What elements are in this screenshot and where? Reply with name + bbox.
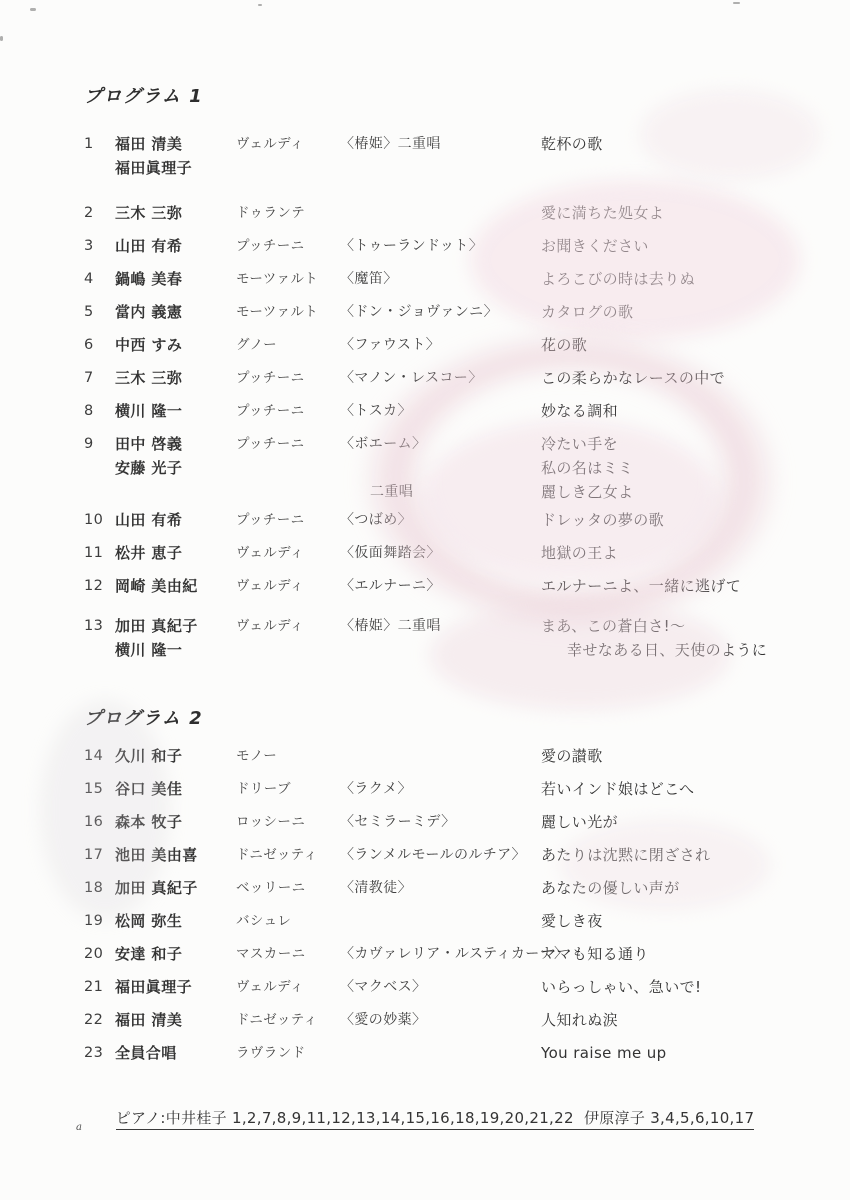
performer-names: 安達 和子 bbox=[115, 942, 236, 966]
performer-name: 安達 和子 bbox=[115, 942, 236, 966]
program-entry-5: 5 當内 義憲 モーツァルト 〈ドン・ジョヴァンニ〉 カタログの歌 bbox=[84, 300, 830, 324]
program-entry-20: 20 安達 和子 マスカーニ 〈カヴァレリア・ルスティカーナ〉 ママも知る通り bbox=[84, 942, 830, 966]
opera-title: 〈エルナーニ〉 bbox=[340, 574, 541, 598]
program-entry-14: 14 久川 和子 モノー 愛の讃歌 bbox=[84, 744, 830, 768]
performer-names: 岡崎 美由紀 bbox=[115, 574, 236, 598]
opera-title: 〈カヴァレリア・ルスティカーナ〉 bbox=[340, 942, 541, 966]
song-title: 冷たい手を bbox=[541, 432, 830, 456]
performer-names: 松岡 弥生 bbox=[115, 909, 236, 933]
composer-name: ドニゼッティ bbox=[236, 1008, 340, 1032]
song-title: カタログの歌 bbox=[541, 300, 830, 324]
opera-title: 〈ランメルモールのルチア〉 bbox=[340, 843, 541, 867]
song-titles: ドレッタの夢の歌 bbox=[541, 508, 830, 532]
program-entry-12: 12 岡崎 美由紀 ヴェルディ 〈エルナーニ〉 エルナーニよ、一緒に逃げて bbox=[84, 574, 830, 598]
opera-title bbox=[340, 201, 541, 225]
song-titles: 愛に満ちた処女よ bbox=[541, 201, 830, 225]
performer-names: 三木 三弥 bbox=[115, 201, 236, 225]
song-titles: 麗しい光が bbox=[541, 810, 830, 834]
performer-names: 田中 啓義 安藤 光子 bbox=[115, 432, 236, 504]
entry-number: 5 bbox=[84, 300, 115, 324]
performer-names: 森本 牧子 bbox=[115, 810, 236, 834]
song-titles: 愛の讃歌 bbox=[541, 744, 830, 768]
song-titles: よろこびの時は去りぬ bbox=[541, 267, 830, 291]
program-entry-21: 21 福田眞理子 ヴェルディ 〈マクベス〉 いらっしゃい、急いで! bbox=[84, 975, 830, 999]
performer-name: 中西 すみ bbox=[115, 333, 236, 357]
composer-name: ヴェルディ bbox=[236, 574, 340, 598]
song-title: あなたの優しい声が bbox=[541, 876, 830, 900]
performer-names: 松井 恵子 bbox=[115, 541, 236, 565]
program-entry-13: 13 加田 真紀子 横川 隆一 ヴェルディ 〈椿姫〉二重唱 まあ、この蒼白さ!〜… bbox=[84, 614, 830, 662]
song-title: 私の名はミミ bbox=[541, 456, 830, 480]
entry-number: 1 bbox=[84, 132, 115, 180]
performer-names: 横川 隆一 bbox=[115, 399, 236, 423]
composer-name: プッチーニ bbox=[236, 234, 340, 258]
entry-number: 2 bbox=[84, 201, 115, 225]
performer-names: 中西 すみ bbox=[115, 333, 236, 357]
song-title: You raise me up bbox=[541, 1041, 830, 1065]
performer-name: 加田 真紀子 bbox=[115, 614, 236, 638]
song-title: 愛しき夜 bbox=[541, 909, 830, 933]
program-entry-1: 1 福田 清美 福田眞理子 ヴェルディ 〈椿姫〉二重唱 乾杯の歌 bbox=[84, 132, 830, 180]
opera-title: 〈セミラーミデ〉 bbox=[340, 810, 541, 834]
opera-title: 〈マノン・レスコー〉 bbox=[340, 366, 541, 390]
song-title: あたりは沈黙に閉ざされ bbox=[541, 843, 830, 867]
program1-title: プログラム 1 bbox=[0, 0, 850, 108]
program-entry-16: 16 森本 牧子 ロッシーニ 〈セミラーミデ〉 麗しい光が bbox=[84, 810, 830, 834]
performer-names: 三木 三弥 bbox=[115, 366, 236, 390]
program-entry-9: 9 田中 啓義 安藤 光子 プッチーニ 〈ボエーム〉 二重唱 冷たい手を 私の名… bbox=[84, 432, 830, 504]
song-titles: 冷たい手を 私の名はミミ 麗しき乙女よ bbox=[541, 432, 830, 504]
performer-name: 横川 隆一 bbox=[115, 399, 236, 423]
song-title: 愛に満ちた処女よ bbox=[541, 201, 830, 225]
performer-name: 加田 真紀子 bbox=[115, 876, 236, 900]
song-title: よろこびの時は去りぬ bbox=[541, 267, 830, 291]
composer-name: モーツァルト bbox=[236, 267, 340, 291]
performer-names: 加田 真紀子 横川 隆一 bbox=[115, 614, 236, 662]
performer-name: 鍋嶋 美春 bbox=[115, 267, 236, 291]
opera-title-text: 〈ボエーム〉 bbox=[340, 432, 541, 456]
performer-name: 山田 有希 bbox=[115, 234, 236, 258]
song-titles: まあ、この蒼白さ!〜 幸せなある日、天使のように bbox=[541, 614, 830, 662]
composer-name: ロッシーニ bbox=[236, 810, 340, 834]
song-title: ドレッタの夢の歌 bbox=[541, 508, 830, 532]
performer-name: 松岡 弥生 bbox=[115, 909, 236, 933]
program-entry-6: 6 中西 すみ グノー 〈ファウスト〉 花の歌 bbox=[84, 333, 830, 357]
composer-name: ヴェルディ bbox=[236, 975, 340, 999]
opera-title bbox=[340, 909, 541, 933]
song-title: 地獄の王よ bbox=[541, 541, 830, 565]
performer-names: 全員合唱 bbox=[115, 1041, 236, 1065]
entry-number: 14 bbox=[84, 744, 115, 768]
composer-name: バシュレ bbox=[236, 909, 340, 933]
song-title: 若いインド娘はどこへ bbox=[541, 777, 830, 801]
performer-names: 加田 真紀子 bbox=[115, 876, 236, 900]
program-entry-10: 10 山田 有希 プッチーニ 〈つばめ〉 ドレッタの夢の歌 bbox=[84, 508, 830, 532]
composer-name: ドリーブ bbox=[236, 777, 340, 801]
opera-title: 〈愛の妙薬〉 bbox=[340, 1008, 541, 1032]
song-titles: 花の歌 bbox=[541, 333, 830, 357]
entry-number: 13 bbox=[84, 614, 115, 662]
scan-speck bbox=[0, 36, 3, 41]
song-titles: 若いインド娘はどこへ bbox=[541, 777, 830, 801]
opera-title: 〈清教徒〉 bbox=[340, 876, 541, 900]
entry-number: 7 bbox=[84, 366, 115, 390]
song-titles: 人知れぬ涙 bbox=[541, 1008, 830, 1032]
song-title: 花の歌 bbox=[541, 333, 830, 357]
performer-name: 福田 清美 bbox=[115, 1008, 236, 1032]
song-titles: いらっしゃい、急いで! bbox=[541, 975, 830, 999]
performer-names: 山田 有希 bbox=[115, 508, 236, 532]
song-titles: この柔らかなレースの中で bbox=[541, 366, 830, 390]
performer-name: 山田 有希 bbox=[115, 508, 236, 532]
song-title: 麗しき乙女よ bbox=[541, 480, 830, 504]
entry-number: 16 bbox=[84, 810, 115, 834]
song-titles: あたりは沈黙に閉ざされ bbox=[541, 843, 830, 867]
song-titles: 妙なる調和 bbox=[541, 399, 830, 423]
opera-title: 〈トゥーランドット〉 bbox=[340, 234, 541, 258]
performer-name: 池田 美由喜 bbox=[115, 843, 236, 867]
composer-name: ラヴランド bbox=[236, 1041, 340, 1065]
performer-name: 谷口 美佳 bbox=[115, 777, 236, 801]
composer-name: モーツァルト bbox=[236, 300, 340, 324]
entry-number: 6 bbox=[84, 333, 115, 357]
song-titles: 乾杯の歌 bbox=[541, 132, 830, 180]
entry-number: 23 bbox=[84, 1041, 115, 1065]
entry-number: 10 bbox=[84, 508, 115, 532]
performer-name: 田中 啓義 bbox=[115, 432, 236, 456]
program-entry-7: 7 三木 三弥 プッチーニ 〈マノン・レスコー〉 この柔らかなレースの中で bbox=[84, 366, 830, 390]
song-titles: お聞きください bbox=[541, 234, 830, 258]
opera-title: 〈マクベス〉 bbox=[340, 975, 541, 999]
program-entry-11: 11 松井 恵子 ヴェルディ 〈仮面舞踏会〉 地獄の王よ bbox=[84, 541, 830, 565]
scan-pen-mark: a bbox=[76, 1122, 82, 1133]
opera-title: 〈トスカ〉 bbox=[340, 399, 541, 423]
performer-name: 三木 三弥 bbox=[115, 366, 236, 390]
opera-title: 〈ラクメ〉 bbox=[340, 777, 541, 801]
composer-name: ドゥランテ bbox=[236, 201, 340, 225]
program-entry-17: 17 池田 美由喜 ドニゼッティ 〈ランメルモールのルチア〉 あたりは沈黙に閉ざ… bbox=[84, 843, 830, 867]
composer-name: ドニゼッティ bbox=[236, 843, 340, 867]
performer-name: 森本 牧子 bbox=[115, 810, 236, 834]
performer-names: 福田 清美 bbox=[115, 1008, 236, 1032]
song-titles: 愛しき夜 bbox=[541, 909, 830, 933]
program2-entries: 14 久川 和子 モノー 愛の讃歌 15 谷口 美佳 ドリーブ 〈ラクメ〉 若い… bbox=[0, 744, 850, 1065]
performer-name: 福田眞理子 bbox=[115, 975, 236, 999]
scan-speck bbox=[733, 2, 740, 4]
entry-number: 18 bbox=[84, 876, 115, 900]
entry-number: 12 bbox=[84, 574, 115, 598]
performer-name: 福田眞理子 bbox=[115, 156, 236, 180]
song-titles: カタログの歌 bbox=[541, 300, 830, 324]
entry-number: 15 bbox=[84, 777, 115, 801]
program-entry-8: 8 横川 隆一 プッチーニ 〈トスカ〉 妙なる調和 bbox=[84, 399, 830, 423]
composer-name: ヴェルディ bbox=[236, 614, 340, 662]
opera-title bbox=[340, 744, 541, 768]
entry-number: 22 bbox=[84, 1008, 115, 1032]
performer-name: 全員合唱 bbox=[115, 1041, 236, 1065]
entry-number: 4 bbox=[84, 267, 115, 291]
composer-name: モノー bbox=[236, 744, 340, 768]
opera-title: 〈椿姫〉二重唱 bbox=[340, 614, 541, 662]
song-title: この柔らかなレースの中で bbox=[541, 366, 830, 390]
song-titles: ママも知る通り bbox=[541, 942, 830, 966]
composer-name: マスカーニ bbox=[236, 942, 340, 966]
program-entry-19: 19 松岡 弥生 バシュレ 愛しき夜 bbox=[84, 909, 830, 933]
song-title: まあ、この蒼白さ!〜 bbox=[541, 614, 830, 638]
program-entry-23: 23 全員合唱 ラヴランド You raise me up bbox=[84, 1041, 830, 1065]
program-entry-15: 15 谷口 美佳 ドリーブ 〈ラクメ〉 若いインド娘はどこへ bbox=[84, 777, 830, 801]
composer-name: グノー bbox=[236, 333, 340, 357]
song-titles: エルナーニよ、一緒に逃げて bbox=[541, 574, 830, 598]
scanned-program-page: プログラム 1 1 福田 清美 福田眞理子 ヴェルディ 〈椿姫〉二重唱 乾杯の歌… bbox=[0, 0, 850, 1200]
program2-title: プログラム 2 bbox=[0, 662, 850, 730]
entry-number: 11 bbox=[84, 541, 115, 565]
performer-names: 當内 義憲 bbox=[115, 300, 236, 324]
song-title: 乾杯の歌 bbox=[541, 132, 830, 156]
performer-names: 谷口 美佳 bbox=[115, 777, 236, 801]
song-title: 人知れぬ涙 bbox=[541, 1008, 830, 1032]
performer-name: 横川 隆一 bbox=[115, 638, 236, 662]
entry-number: 3 bbox=[84, 234, 115, 258]
opera-title: 〈魔笛〉 bbox=[340, 267, 541, 291]
performer-names: 山田 有希 bbox=[115, 234, 236, 258]
performer-name: 岡崎 美由紀 bbox=[115, 574, 236, 598]
entry-number: 9 bbox=[84, 432, 115, 504]
performer-names: 久川 和子 bbox=[115, 744, 236, 768]
composer-name: ヴェルディ bbox=[236, 132, 340, 180]
program-entry-18: 18 加田 真紀子 ベッリーニ 〈清教徒〉 あなたの優しい声が bbox=[84, 876, 830, 900]
opera-title bbox=[340, 1041, 541, 1065]
entry-number: 8 bbox=[84, 399, 115, 423]
entry-number: 21 bbox=[84, 975, 115, 999]
opera-title: 〈ドン・ジョヴァンニ〉 bbox=[340, 300, 541, 324]
opera-title: 〈仮面舞踏会〉 bbox=[340, 541, 541, 565]
opera-title: 〈ボエーム〉 二重唱 bbox=[340, 432, 541, 504]
song-title: いらっしゃい、急いで! bbox=[541, 975, 830, 999]
piano-accompanist-note: ピアノ:中井桂子 1,2,7,8,9,11,12,13,14,15,16,18,… bbox=[116, 1107, 755, 1130]
performer-name: 久川 和子 bbox=[115, 744, 236, 768]
performer-name: 松井 恵子 bbox=[115, 541, 236, 565]
song-title: 妙なる調和 bbox=[541, 399, 830, 423]
performer-name: 福田 清美 bbox=[115, 132, 236, 156]
song-title: ママも知る通り bbox=[541, 942, 830, 966]
program-entry-2: 2 三木 三弥 ドゥランテ 愛に満ちた処女よ bbox=[84, 201, 830, 225]
entry-number: 19 bbox=[84, 909, 115, 933]
song-title: 幸せなある日、天使のように bbox=[541, 638, 830, 662]
performer-names: 鍋嶋 美春 bbox=[115, 267, 236, 291]
program-entry-4: 4 鍋嶋 美春 モーツァルト 〈魔笛〉 よろこびの時は去りぬ bbox=[84, 267, 830, 291]
composer-name: プッチーニ bbox=[236, 366, 340, 390]
opera-title: 〈つばめ〉 bbox=[340, 508, 541, 532]
opera-title: 〈椿姫〉二重唱 bbox=[340, 132, 541, 180]
opera-title: 〈ファウスト〉 bbox=[340, 333, 541, 357]
composer-name: プッチーニ bbox=[236, 508, 340, 532]
performer-name: 當内 義憲 bbox=[115, 300, 236, 324]
composer-name: プッチーニ bbox=[236, 399, 340, 423]
composer-name: ベッリーニ bbox=[236, 876, 340, 900]
song-titles: あなたの優しい声が bbox=[541, 876, 830, 900]
performer-name: 三木 三弥 bbox=[115, 201, 236, 225]
program-entry-3: 3 山田 有希 プッチーニ 〈トゥーランドット〉 お聞きください bbox=[84, 234, 830, 258]
song-title: お聞きください bbox=[541, 234, 830, 258]
song-titles: You raise me up bbox=[541, 1041, 830, 1065]
song-title: 愛の讃歌 bbox=[541, 744, 830, 768]
performer-name: 安藤 光子 bbox=[115, 456, 236, 480]
scan-speck bbox=[258, 4, 262, 6]
song-title: 麗しい光が bbox=[541, 810, 830, 834]
scan-speck bbox=[30, 8, 36, 11]
composer-name: プッチーニ bbox=[236, 432, 340, 504]
performer-names: 福田眞理子 bbox=[115, 975, 236, 999]
entry-number: 20 bbox=[84, 942, 115, 966]
duet-note: 二重唱 bbox=[340, 480, 541, 504]
performer-names: 福田 清美 福田眞理子 bbox=[115, 132, 236, 180]
program1-entries: 1 福田 清美 福田眞理子 ヴェルディ 〈椿姫〉二重唱 乾杯の歌 2 三木 三弥… bbox=[0, 132, 850, 662]
entry-number: 17 bbox=[84, 843, 115, 867]
program-entry-22: 22 福田 清美 ドニゼッティ 〈愛の妙薬〉 人知れぬ涙 bbox=[84, 1008, 830, 1032]
performer-names: 池田 美由喜 bbox=[115, 843, 236, 867]
song-titles: 地獄の王よ bbox=[541, 541, 830, 565]
song-title: エルナーニよ、一緒に逃げて bbox=[541, 574, 830, 598]
composer-name: ヴェルディ bbox=[236, 541, 340, 565]
